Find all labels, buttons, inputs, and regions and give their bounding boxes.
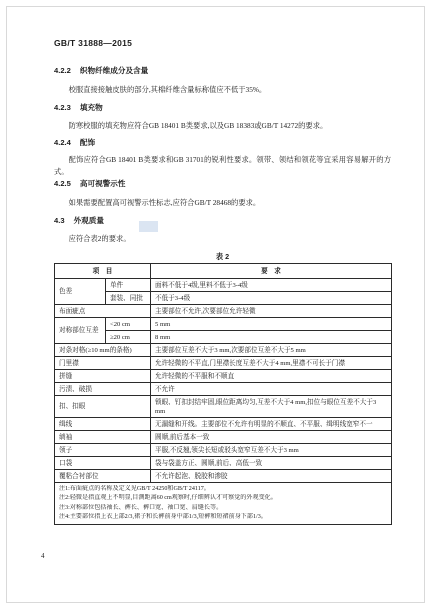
table-header-row: 项 目 要 求	[55, 264, 392, 279]
cell-item: 色差	[55, 279, 106, 305]
cell-item: 对称部位互差	[55, 318, 106, 344]
cell-requirement: 不允许起泡、脱胶和渗胶	[151, 470, 392, 483]
cell-item: 领子	[55, 444, 151, 457]
cell-requirement: 面料不低于4级,里料不低于3-4级	[151, 279, 392, 292]
appearance-quality-table: 项 目 要 求 色差 单件 面料不低于4级,里料不低于3-4级 套装、同批 不低…	[54, 263, 392, 525]
note-3: 注3:对称部位包括袖长、裤长、裤口宽、袖口宽、肩缝长等。	[59, 504, 387, 514]
table-row: 扣、扣眼 锁眼、钉扣封结牢固,眼位距离均匀,互差不大于4 mm,扣位与眼位互差不…	[55, 396, 392, 418]
table-row: 口袋 袋与袋盖方正、圆顺,前后、高低一致	[55, 457, 392, 470]
table-row: 对称部位互差 <20 cm 5 mm	[55, 318, 392, 331]
table-row: 污渍、破损 不允许	[55, 383, 392, 396]
cell-requirement: 平服,不反翘,领尖长短或驳头宽窄互差不大于3 mm	[151, 444, 392, 457]
table-row: 套装、同批 不低于3-4级	[55, 292, 392, 305]
cell-subitem: <20 cm	[106, 318, 151, 331]
note-2: 注2:轻微是指直观上不明显,目测距离60 cm观察时,仔细辨认才可察觉的外观变化…	[59, 494, 387, 504]
cell-item: 污渍、破损	[55, 383, 151, 396]
paragraph-4-2-4: 配饰应符合GB 18401 B类要求和GB 31701的锐利性要求。领带、领结和…	[54, 154, 391, 178]
note-4: 注4:主要部位指上衣上部2/3,裙子和长裤前身中部1/3,短裤和短裙前身下部1/…	[59, 513, 387, 523]
clause-number: 4.2.5	[54, 179, 71, 188]
cell-item: 口袋	[55, 457, 151, 470]
table-row: 布面疵点 主要部位不允许,次要部位允许轻微	[55, 305, 392, 318]
paragraph-4-2-2: 校服直接接触皮肤的部分,其棉纤维含量标称值应不低于35%。	[54, 84, 391, 96]
paragraph-4-2-5: 如果需要配置高可视警示性标志,应符合GB/T 28468的要求。	[54, 197, 391, 209]
table-row: 色差 单件 面料不低于4级,里料不低于3-4级	[55, 279, 392, 292]
cell-subitem: 单件	[106, 279, 151, 292]
paragraph-4-3: 应符合表2的要求。	[54, 233, 391, 245]
cell-item: 布面疵点	[55, 305, 151, 318]
header-requirement: 要 求	[151, 264, 392, 279]
table-notes-row: 注1:布面疵点的名称及定义见GB/T 24250和GB/T 24117。 注2:…	[55, 483, 392, 525]
cell-item: 对条对格(≥10 mm的条格)	[55, 344, 151, 357]
page-number: 4	[41, 552, 45, 560]
clause-number: 4.3	[54, 216, 65, 225]
cell-subitem: ≥20 cm	[106, 331, 151, 344]
clause-number: 4.2.3	[54, 103, 71, 112]
heading-4-3: 4.3外观质量	[54, 216, 391, 226]
document-page: GB/T 31888—2015 4.2.2织物纤维成分及含量 校服直接接触皮肤的…	[0, 0, 431, 609]
note-1: 注1:布面疵点的名称及定义见GB/T 24250和GB/T 24117。	[59, 485, 387, 495]
cell-item: 拼缝	[55, 370, 151, 383]
cell-requirement: 不允许	[151, 383, 392, 396]
cell-requirement: 圆顺,前后基本一致	[151, 431, 392, 444]
table-row: 拼缝 允许轻微的不平服和不顺直	[55, 370, 392, 383]
cell-requirement: 主要部位不允许,次要部位允许轻微	[151, 305, 392, 318]
clause-number: 4.2.4	[54, 138, 71, 147]
cell-requirement: 5 mm	[151, 318, 392, 331]
table-caption: 表 2	[54, 252, 391, 262]
clause-title: 配饰	[80, 138, 95, 147]
clause-title: 外观质量	[74, 216, 104, 225]
cell-requirement: 锁眼、钉扣封结牢固,眼位距离均匀,互差不大于4 mm,扣位与眼位互差不大于3 m…	[151, 396, 392, 418]
cell-requirement: 8 mm	[151, 331, 392, 344]
cell-requirement: 无漏缝和开线。主要部位不允许有明显的不顺直、不平服、缉明线宽窄不一	[151, 418, 392, 431]
heading-4-2-2: 4.2.2织物纤维成分及含量	[54, 66, 391, 76]
table-row: 缉线 无漏缝和开线。主要部位不允许有明显的不顺直、不平服、缉明线宽窄不一	[55, 418, 392, 431]
cell-requirement: 主要部位互差不大于3 mm,次要部位互差不大于5 mm	[151, 344, 392, 357]
highlight-artifact	[139, 221, 158, 232]
heading-4-2-3: 4.2.3填充物	[54, 103, 391, 113]
cell-item: 绱袖	[55, 431, 151, 444]
table-row: 门里襟 允许轻微的不平直,门里襟长度互差不大于4 mm,里襟不可长于门襟	[55, 357, 392, 370]
table-row: 覆粘合衬部位 不允许起泡、脱胶和渗胶	[55, 470, 392, 483]
header-item: 项 目	[55, 264, 151, 279]
cell-item: 缉线	[55, 418, 151, 431]
clause-number: 4.2.2	[54, 66, 71, 75]
heading-4-2-4: 4.2.4配饰	[54, 138, 391, 148]
table-row: 绱袖 圆顺,前后基本一致	[55, 431, 392, 444]
table-notes: 注1:布面疵点的名称及定义见GB/T 24250和GB/T 24117。 注2:…	[55, 483, 392, 525]
cell-item: 覆粘合衬部位	[55, 470, 151, 483]
table-row: 对条对格(≥10 mm的条格) 主要部位互差不大于3 mm,次要部位互差不大于5…	[55, 344, 392, 357]
clause-title: 织物纤维成分及含量	[80, 66, 148, 75]
cell-requirement: 不低于3-4级	[151, 292, 392, 305]
cell-subitem: 套装、同批	[106, 292, 151, 305]
cell-item: 门里襟	[55, 357, 151, 370]
heading-4-2-5: 4.2.5高可视警示性	[54, 179, 391, 189]
cell-requirement: 允许轻微的不平直,门里襟长度互差不大于4 mm,里襟不可长于门襟	[151, 357, 392, 370]
cell-item: 扣、扣眼	[55, 396, 151, 418]
paragraph-4-2-3: 防寒校服的填充物应符合GB 18401 B类要求,以及GB 18383或GB/T…	[54, 120, 391, 132]
clause-title: 高可视警示性	[80, 179, 126, 188]
cell-requirement: 允许轻微的不平服和不顺直	[151, 370, 392, 383]
table-row: 领子 平服,不反翘,领尖长短或驳头宽窄互差不大于3 mm	[55, 444, 392, 457]
cell-requirement: 袋与袋盖方正、圆顺,前后、高低一致	[151, 457, 392, 470]
clause-title: 填充物	[80, 103, 103, 112]
standard-number-header: GB/T 31888—2015	[54, 38, 132, 48]
table-row: ≥20 cm 8 mm	[55, 331, 392, 344]
